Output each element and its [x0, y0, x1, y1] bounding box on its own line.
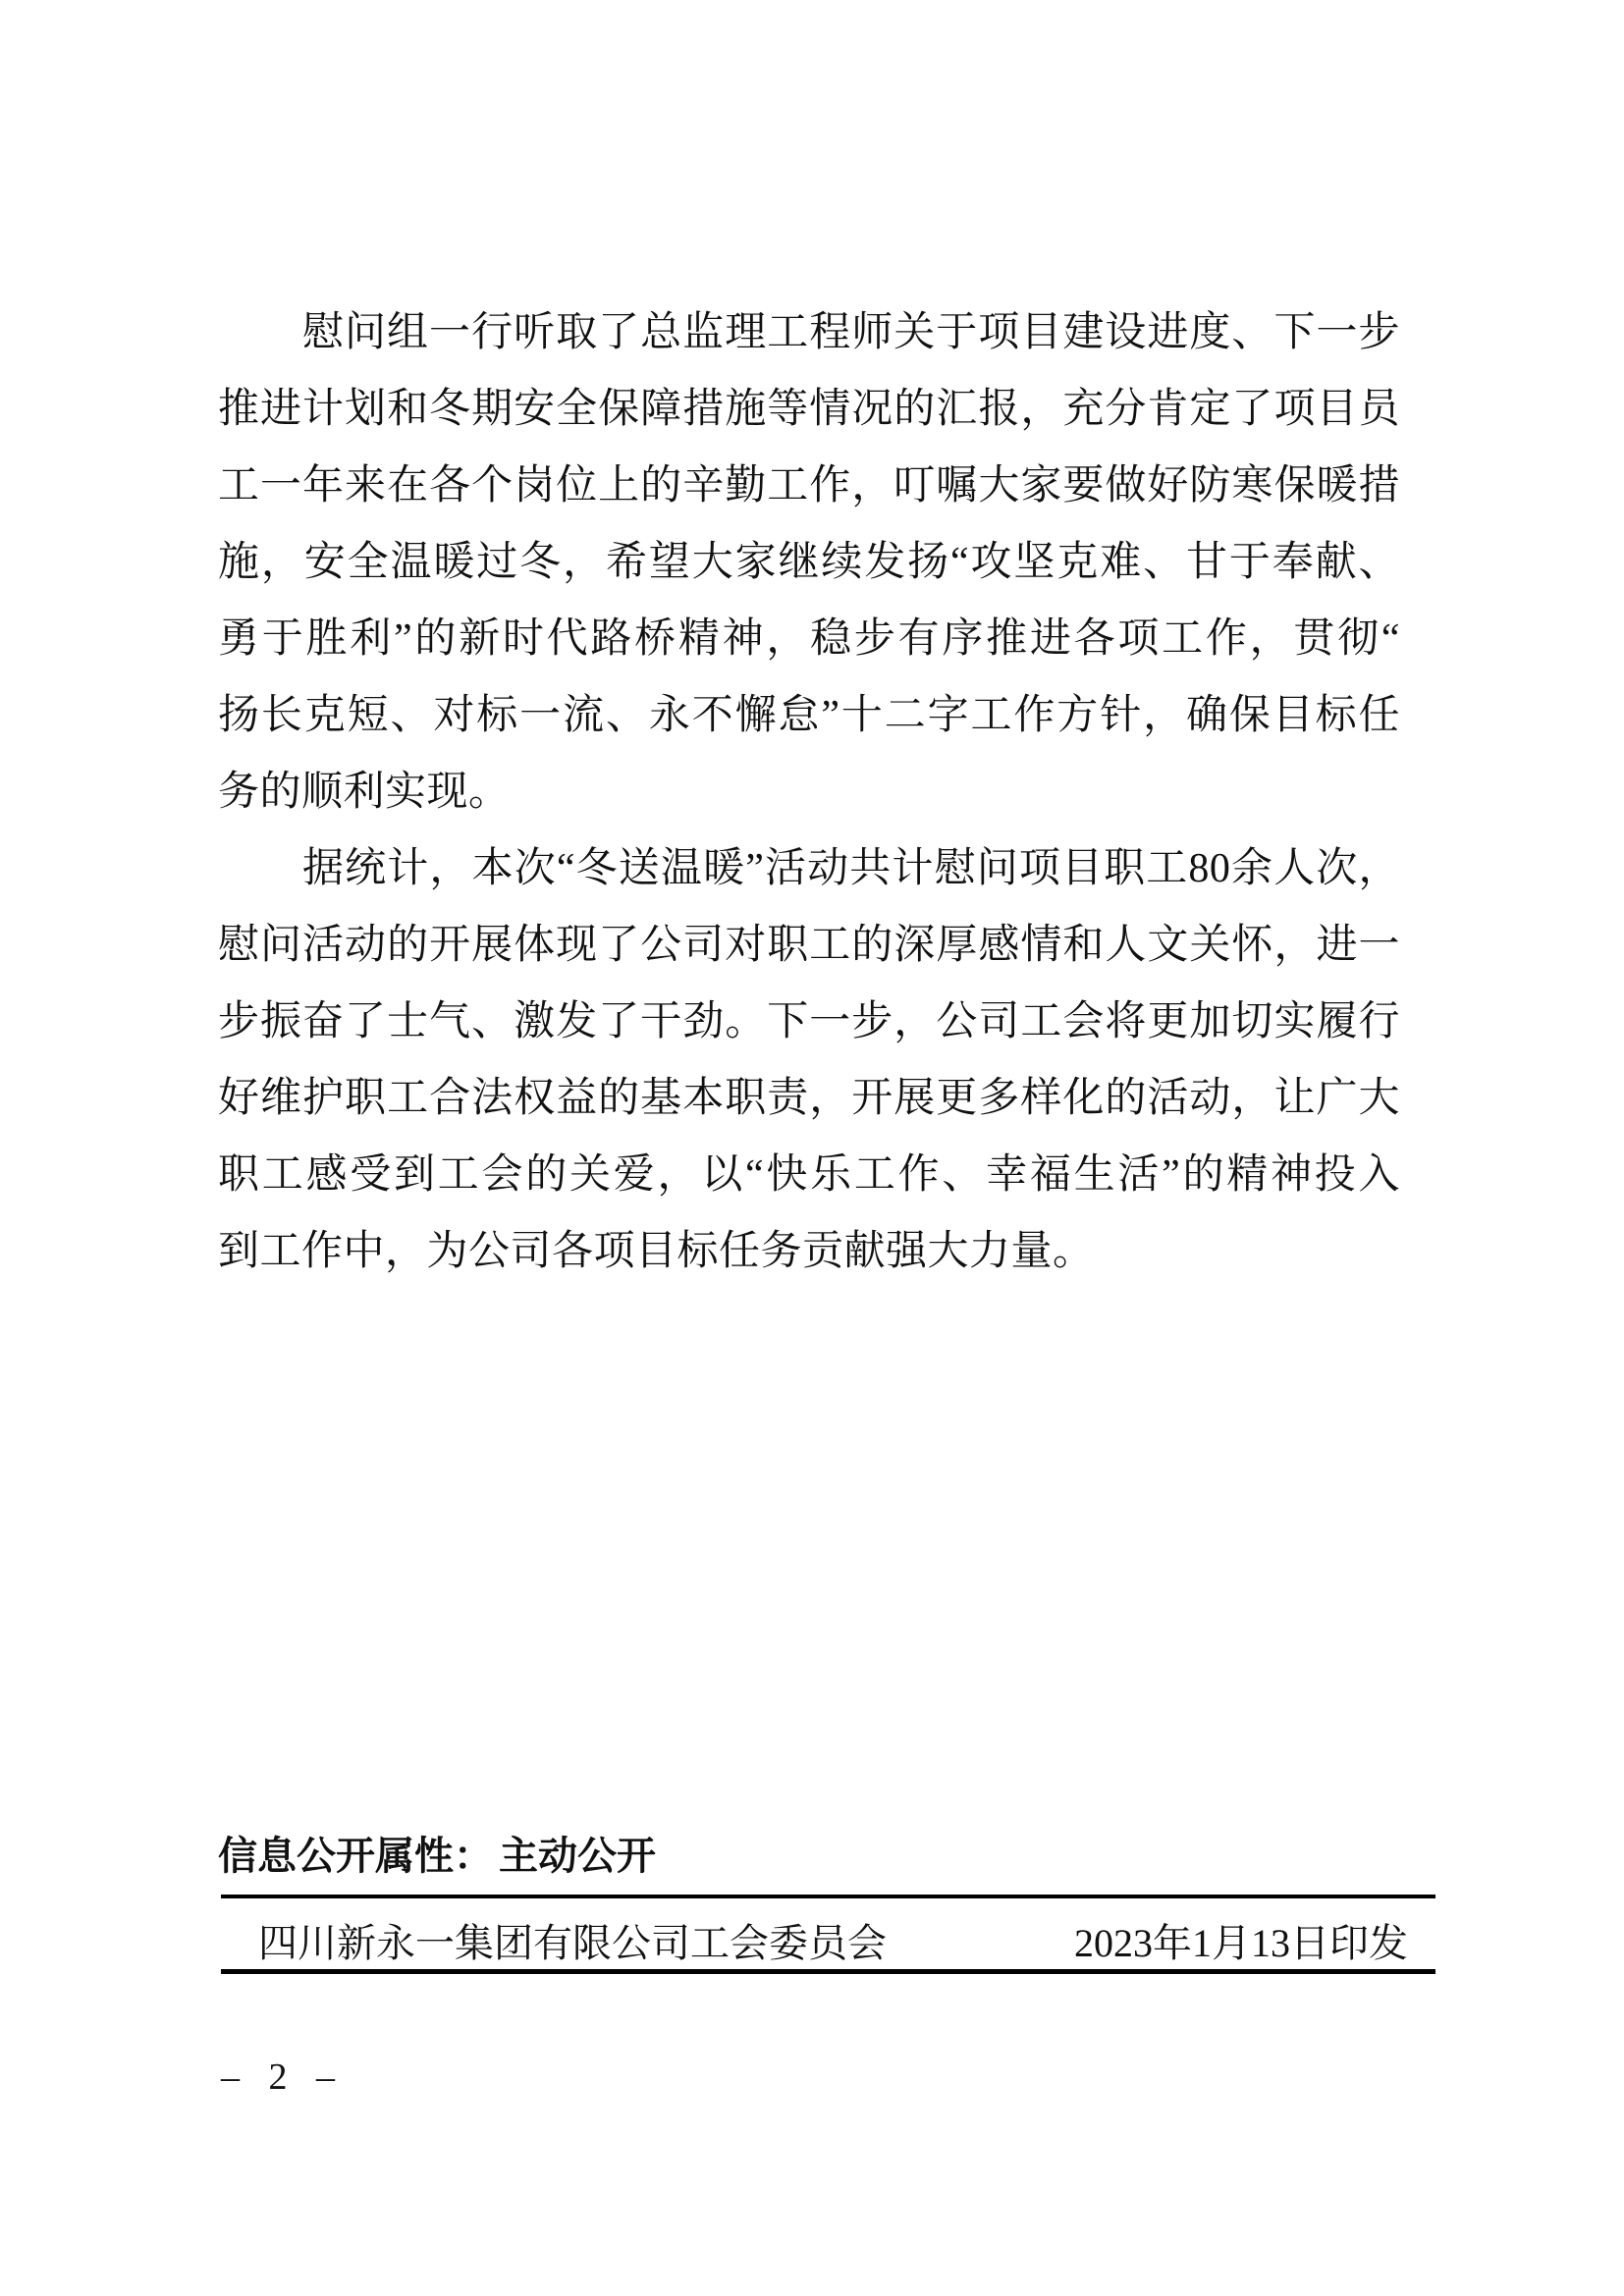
paragraph-line: 据统计，本次“冬送温暖”活动共计慰问项目职工80余人次，: [218, 830, 1400, 907]
paragraph-line: 施，安全温暖过冬，希望大家继续发扬“攻坚克难、甘于奉献、: [218, 524, 1400, 601]
paragraph-line: 慰问组一行听取了总监理工程师关于项目建设进度、下一步: [218, 294, 1400, 371]
disclosure-label: 信息公开属性：: [218, 1835, 493, 1878]
paragraph-line: 扬长克短、对标一流、永不懈怠”十二字工作方针，确保目标任: [218, 677, 1400, 754]
disclosure-attribute: 信息公开属性：主动公开: [218, 1832, 656, 1881]
issuer-row: 四川新永一集团有限公司工会委员会 2023年1月13日印发: [221, 1912, 1435, 1967]
paragraph-line: 务的顺利实现。: [218, 754, 1400, 830]
paragraph-line: 推进计划和冬期安全保障措施等情况的汇报，充分肯定了项目员: [218, 371, 1400, 448]
paragraph-line: 好维护职工合法权益的基本职责，开展更多样化的活动，让广大: [218, 1060, 1400, 1137]
paragraph-line: 慰问活动的开展体现了公司对职工的深厚感情和人文关怀，进一: [218, 907, 1400, 984]
separator-line-bottom: [221, 1969, 1435, 1974]
paragraph-line: 职工感受到工会的关爱，以“快乐工作、幸福生活”的精神投入: [218, 1137, 1400, 1213]
paragraph-line: 勇于胜利”的新时代路桥精神，稳步有序推进各项工作，贯彻“: [218, 601, 1400, 677]
disclosure-value: 主动公开: [499, 1835, 656, 1878]
paragraph-line: 到工作中，为公司各项目标任务贡献强大力量。: [218, 1213, 1400, 1290]
separator-line-top: [221, 1895, 1435, 1898]
paragraph-line: 步振奋了士气、激发了干劲。下一步，公司工会将更加切实履行: [218, 984, 1400, 1060]
document-body: 慰问组一行听取了总监理工程师关于项目建设进度、下一步 推进计划和冬期安全保障措施…: [218, 294, 1400, 1290]
print-date: 2023年1月13日印发: [1074, 1912, 1408, 1968]
page-number: – 2 –: [221, 2056, 345, 2099]
paragraph-line: 工一年来在各个岗位上的辛勤工作，叮嘱大家要做好防寒保暖措: [218, 448, 1400, 524]
issuer-name: 四川新永一集团有限公司工会委员会: [258, 1912, 887, 1968]
document-page: 慰问组一行听取了总监理工程师关于项目建设进度、下一步 推进计划和冬期安全保障措施…: [0, 0, 1624, 2296]
